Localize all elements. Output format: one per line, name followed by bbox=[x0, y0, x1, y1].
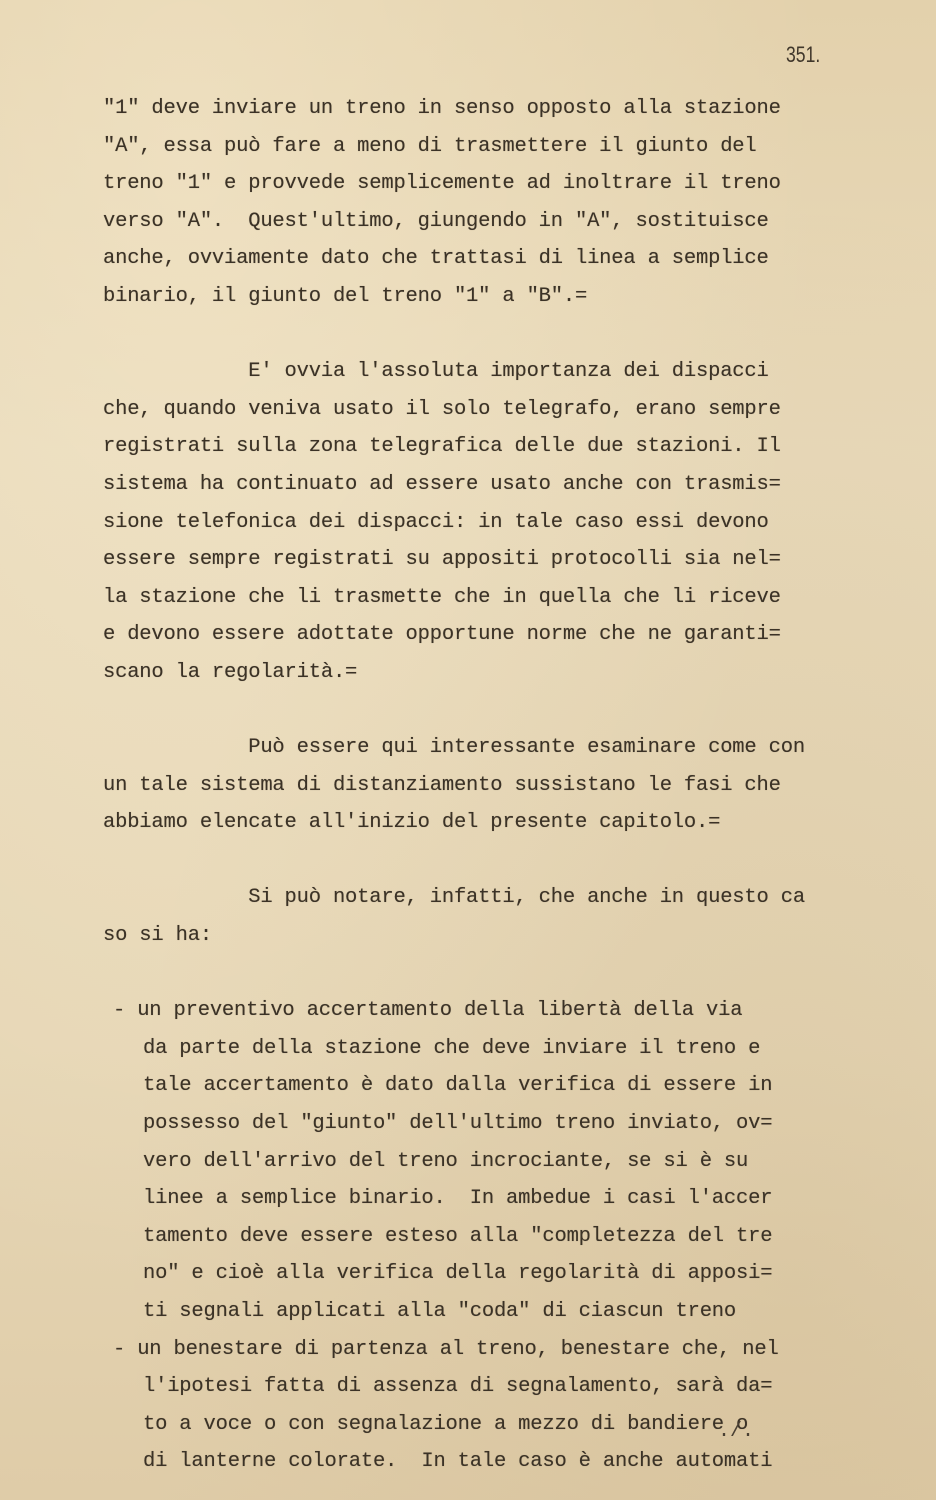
list-item-line: da parte della stazione che deve inviare… bbox=[103, 1030, 843, 1068]
bullet-list: - un preventivo accertamento della liber… bbox=[103, 992, 843, 1481]
text-line: anche, ovviamente dato che trattasi di l… bbox=[103, 240, 843, 278]
page-number: 351. bbox=[786, 42, 820, 68]
text-line: essere sempre registrati su appositi pro… bbox=[103, 541, 843, 579]
list-item-line: possesso del "giunto" dell'ultimo treno … bbox=[103, 1105, 843, 1143]
text-line: "1" deve inviare un treno in senso oppos… bbox=[103, 90, 843, 128]
text-line: che, quando veniva usato il solo telegra… bbox=[103, 391, 843, 429]
list-item-line: no" e cioè alla verifica della regolarit… bbox=[103, 1255, 843, 1293]
document-page: 351. "1" deve inviare un treno in senso … bbox=[0, 0, 936, 1500]
text-line: "A", essa può fare a meno di trasmettere… bbox=[103, 128, 843, 166]
list-item-line: ti segnali applicati alla "coda" di cias… bbox=[103, 1293, 843, 1331]
body-text: "1" deve inviare un treno in senso oppos… bbox=[103, 90, 843, 1481]
list-item: - un benestare di partenza al treno, ben… bbox=[103, 1331, 843, 1481]
paragraph-lines: "1" deve inviare un treno in senso oppos… bbox=[103, 90, 843, 992]
text-line: treno "1" e provvede semplicemente ad in… bbox=[103, 165, 843, 203]
list-item-line: tamento deve essere esteso alla "complet… bbox=[103, 1218, 843, 1256]
text-line: un tale sistema di distanziamento sussis… bbox=[103, 767, 843, 805]
text-line: so si ha: bbox=[103, 917, 843, 955]
list-item-line: vero dell'arrivo del treno incrociante, … bbox=[103, 1143, 843, 1181]
list-item-line: tale accertamento è dato dalla verifica … bbox=[103, 1067, 843, 1105]
text-line: registrati sulla zona telegrafica delle … bbox=[103, 428, 843, 466]
text-line: sione telefonica dei dispacci: in tale c… bbox=[103, 504, 843, 542]
list-item-line: linee a semplice binario. In ambedue i c… bbox=[103, 1180, 843, 1218]
list-item-line: l'ipotesi fatta di assenza di segnalamen… bbox=[103, 1368, 843, 1406]
blank-line bbox=[103, 842, 843, 880]
text-line: Si può notare, infatti, che anche in que… bbox=[103, 879, 843, 917]
text-line: scano la regolarità.= bbox=[103, 654, 843, 692]
blank-line bbox=[103, 692, 843, 730]
text-line: la stazione che li trasmette che in quel… bbox=[103, 579, 843, 617]
blank-line bbox=[103, 316, 843, 354]
list-item-line: di lanterne colorate. In tale caso è anc… bbox=[103, 1443, 843, 1481]
text-line: abbiamo elencate all'inizio del presente… bbox=[103, 804, 843, 842]
continuation-mark: ./. bbox=[718, 1420, 754, 1443]
list-item-first-line: - un preventivo accertamento della liber… bbox=[103, 992, 843, 1030]
text-line: binario, il giunto del treno "1" a "B".= bbox=[103, 278, 843, 316]
text-line: e devono essere adottate opportune norme… bbox=[103, 616, 843, 654]
list-item-first-line: - un benestare di partenza al treno, ben… bbox=[103, 1331, 843, 1369]
text-line: E' ovvia l'assoluta importanza dei dispa… bbox=[103, 353, 843, 391]
text-line: verso "A". Quest'ultimo, giungendo in "A… bbox=[103, 203, 843, 241]
text-line: Può essere qui interessante esaminare co… bbox=[103, 729, 843, 767]
blank-line bbox=[103, 955, 843, 993]
text-line: sistema ha continuato ad essere usato an… bbox=[103, 466, 843, 504]
list-item: - un preventivo accertamento della liber… bbox=[103, 992, 843, 1330]
